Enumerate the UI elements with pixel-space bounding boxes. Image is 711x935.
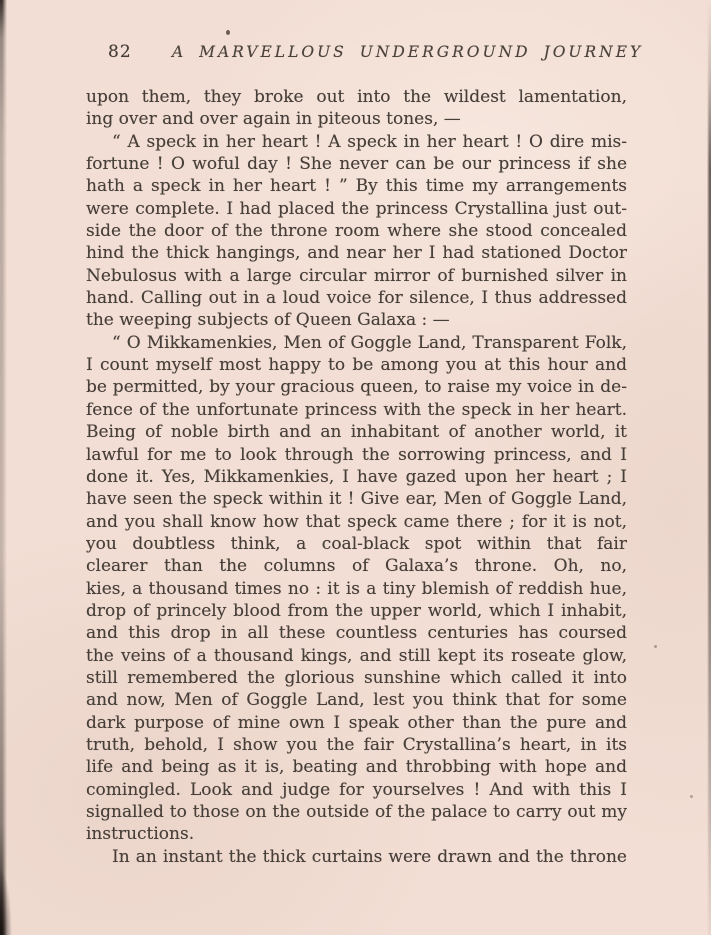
text-line: “ A speck in her heart ! A speck in her … [86, 131, 627, 153]
text-line: side the door of the throne room where s… [86, 220, 627, 242]
text-line: and now, Men of Goggle Land, lest you th… [86, 689, 627, 711]
text-line: Being of noble birth and an inhabitant o… [86, 421, 627, 443]
text-line: hath a speck in her heart ! ” By this ti… [86, 175, 627, 197]
text-line: instructions. [86, 823, 627, 845]
text-line: Nebulosus with a large circular mirror o… [86, 265, 627, 287]
scanned-book-page: 82 A MARVELLOUS UNDERGROUND JOURNEY upon… [0, 0, 711, 935]
ink-speck [654, 645, 657, 648]
text-line: ing over and over again in piteous tones… [86, 108, 627, 130]
text-line: still remembered the glorious sunshine w… [86, 667, 627, 689]
text-line: truth, behold, I show you the fair Cryst… [86, 734, 627, 756]
text-line: comingled. Look and judge for yourselves… [86, 779, 627, 801]
text-line: fence of the unfortunate princess with t… [86, 399, 627, 421]
text-line: were complete. I had placed the princess… [86, 198, 627, 220]
text-line: dark purpose of mine own I speak other t… [86, 712, 627, 734]
text-line: done it. Yes, Mikkamenkies, I have gazed… [86, 466, 627, 488]
page-number: 82 [108, 42, 132, 62]
text-line: hind the thick hangings, and near her I … [86, 242, 627, 264]
text-line: the weeping subjects of Queen Galaxa : — [86, 309, 627, 331]
text-line: clearer than the columns of Galaxa’s thr… [86, 555, 627, 577]
text-line: be permitted, by your gracious queen, to… [86, 376, 627, 398]
scan-edge-shadow-right [707, 0, 711, 935]
text-line: and this drop in all these countless cen… [86, 622, 627, 644]
running-title: A MARVELLOUS UNDERGROUND JOURNEY [172, 43, 596, 61]
text-line: the veins of a thousand kings, and still… [86, 645, 627, 667]
running-head: 82 A MARVELLOUS UNDERGROUND JOURNEY [86, 42, 627, 64]
text-line: drop of princely blood from the upper wo… [86, 600, 627, 622]
text-line: In an instant the thick curtains were dr… [86, 846, 627, 868]
text-line: you doubtless think, a coal-black spot w… [86, 533, 627, 555]
text-line: upon them, they broke out into the wilde… [86, 86, 627, 108]
text-line: have seen the speck within it ! Give ear… [86, 488, 627, 510]
scan-gutter-shadow-left [0, 0, 7, 935]
ink-speck [690, 795, 693, 798]
text-line: and you shall know how that speck came t… [86, 511, 627, 533]
text-line: life and being as it is, beating and thr… [86, 756, 627, 778]
text-line: “ O Mikkamenkies, Men of Goggle Land, Tr… [86, 332, 627, 354]
ink-speck [226, 30, 230, 35]
text-line: kies, a thousand times no : it is a tiny… [86, 578, 627, 600]
text-line: I count myself most happy to be among yo… [86, 354, 627, 376]
body-text-block: upon them, they broke out into the wilde… [86, 86, 627, 868]
text-line: hand. Calling out in a loud voice for si… [86, 287, 627, 309]
text-line: fortune ! O woful day ! She never can be… [86, 153, 627, 175]
scan-shadow-bottom-left-corner [0, 825, 18, 935]
text-line: lawful for me to look through the sorrow… [86, 444, 627, 466]
text-line: signalled to those on the outside of the… [86, 801, 627, 823]
